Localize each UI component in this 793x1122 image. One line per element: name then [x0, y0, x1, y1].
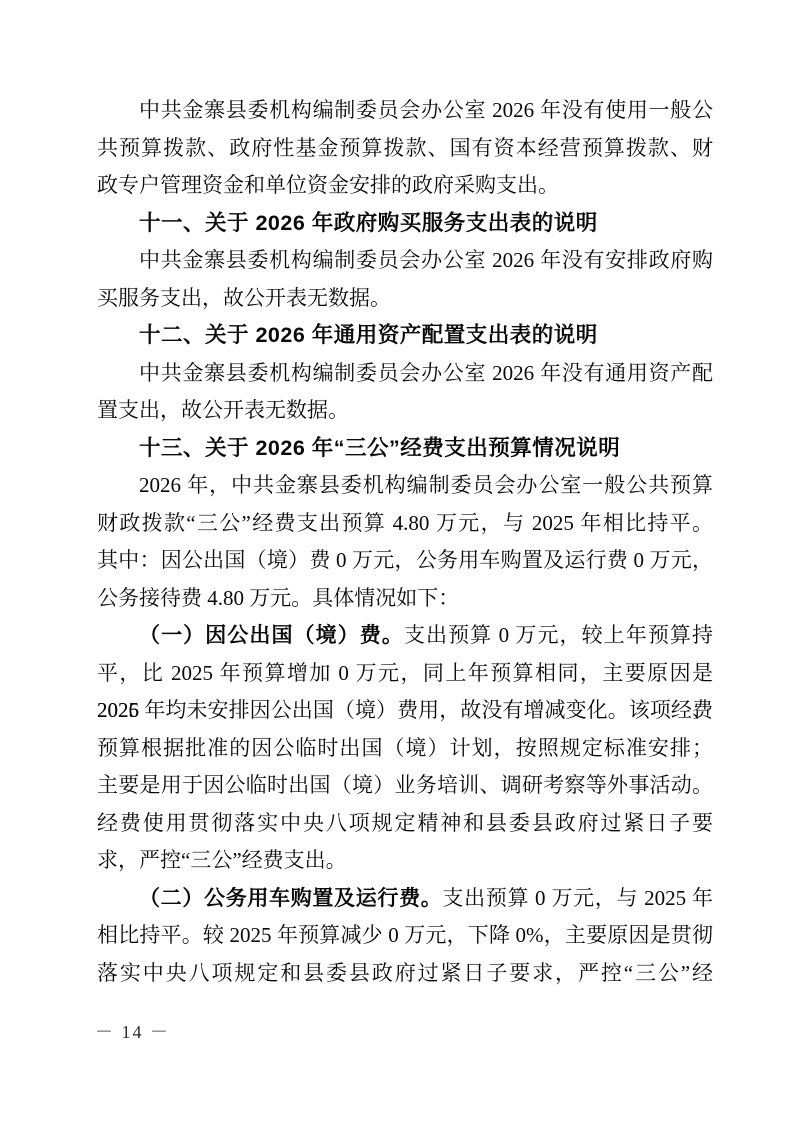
paragraph-line: 买服务支出，故公开表无数据。 [97, 280, 713, 318]
paragraph-line: 平，比 2025 年预算增加 0 万元，同上年预算相同，主要原因是 2025、 [97, 655, 713, 693]
page-number: － 14 － [95, 1020, 170, 1044]
paragraph-line: 经费使用贯彻落实中央八项规定精神和县委县政府过紧日子要 [97, 805, 713, 843]
paragraph-line: 预算根据批准的因公临时出国（境）计划，按照规定标准安排； [97, 730, 713, 768]
document-page: { "document": { "language": "zh-CN", "bl… [0, 0, 793, 1122]
paragraph-line: 中共金寨县委机构编制委员会办公室 2026 年没有使用一般公 [97, 92, 713, 130]
paragraph-line: 公务接待费 4.80 万元。具体情况如下： [97, 580, 713, 618]
paragraph-line: 落实中央八项规定和县委县政府过紧日子要求，严控“三公”经 [97, 955, 713, 993]
document-body: 中共金寨县委机构编制委员会办公室 2026 年没有使用一般公共预算拨款、政府性基… [97, 92, 713, 992]
paragraph-line: 其中：因公出国（境）费 0 万元，公务用车购置及运行费 0 万元， [97, 542, 713, 580]
section-heading: 十三、关于 2026 年“三公”经费支出预算情况说明 [97, 430, 713, 468]
paragraph-line: （二）公务用车购置及运行费。支出预算 0 万元，与 2025 年 [97, 880, 713, 918]
paragraph-line: 财政拨款“三公”经费支出预算 4.80 万元，与 2025 年相比持平。 [97, 505, 713, 543]
paragraph-line: 求，严控“三公”经费支出。 [97, 842, 713, 880]
paragraph-line: 置支出，故公开表无数据。 [97, 392, 713, 430]
paragraph-line: 2026 年均未安排因公出国（境）费用，故没有增减变化。该项经费 [97, 692, 713, 730]
paragraph-line: 2026 年，中共金寨县委机构编制委员会办公室一般公共预算 [97, 467, 713, 505]
paragraph-line: 相比持平。较 2025 年预算减少 0 万元，下降 0%，主要原因是贯彻 [97, 917, 713, 955]
paragraph-line: 主要是用于因公临时出国（境）业务培训、调研考察等外事活动。 [97, 767, 713, 805]
section-heading: 十一、关于 2026 年政府购买服务支出表的说明 [97, 205, 713, 243]
paragraph-lead-bold: （一）因公出国（境）费。 [139, 623, 404, 647]
section-heading: 十二、关于 2026 年通用资产配置支出表的说明 [97, 317, 713, 355]
paragraph-line: 中共金寨县委机构编制委员会办公室 2026 年没有通用资产配 [97, 355, 713, 393]
paragraph-line: 政专户管理资金和单位资金安排的政府采购支出。 [97, 167, 713, 205]
paragraph-line: （一）因公出国（境）费。支出预算 0 万元，较上年预算持 [97, 617, 713, 655]
paragraph-lead-bold: （二）公务用车购置及运行费。 [139, 886, 442, 910]
paragraph-line: 中共金寨县委机构编制委员会办公室 2026 年没有安排政府购 [97, 242, 713, 280]
paragraph-line: 共预算拨款、政府性基金预算拨款、国有资本经营预算拨款、财 [97, 130, 713, 168]
